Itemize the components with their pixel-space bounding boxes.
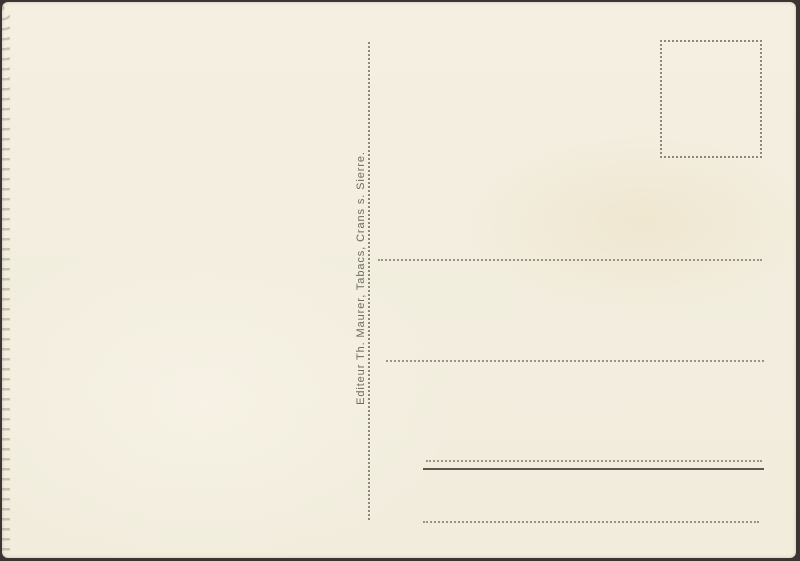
address-line-1: [378, 259, 762, 261]
address-line-solid: [423, 468, 764, 470]
address-line-2: [386, 360, 764, 362]
center-divider-dotted: [368, 42, 370, 520]
publisher-imprint: Editeur Th. Maurer, Tabacs, Crans s. Sie…: [355, 151, 367, 405]
address-line-4: [423, 521, 759, 523]
address-line-3: [426, 460, 762, 462]
stamp-placeholder-box: [660, 40, 762, 158]
postcard-back: Editeur Th. Maurer, Tabacs, Crans s. Sie…: [2, 2, 796, 558]
deckled-edge: [2, 2, 10, 558]
